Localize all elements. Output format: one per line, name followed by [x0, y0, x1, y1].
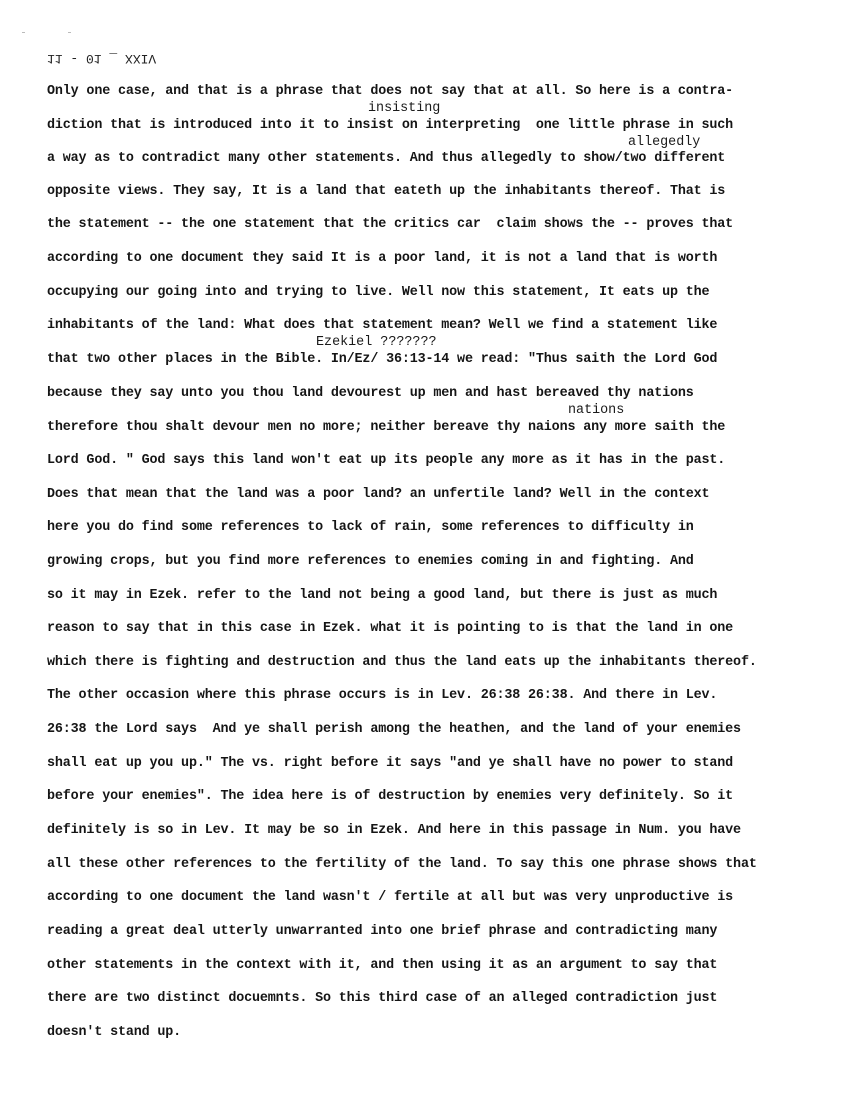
text-line: definitely is so in Lev. It may be so in…: [47, 823, 741, 839]
text-line: opposite views. They say, It is a land t…: [47, 184, 725, 200]
text-line: therefore thou shalt devour men no more;…: [47, 420, 725, 436]
text-line: a way as to contradict many other statem…: [47, 151, 725, 167]
text-line: inhabitants of the land: What does that …: [47, 318, 717, 334]
interlinear-insertion: nations: [568, 403, 624, 419]
interlinear-insertion: insisting: [368, 101, 440, 117]
text-line: there are two distinct docuemnts. So thi…: [47, 991, 717, 1007]
text-line: reason to say that in this case in Ezek.…: [47, 621, 733, 637]
text-line: occupying our going into and trying to l…: [47, 285, 709, 301]
text-line: that two other places in the Bible. In/E…: [47, 352, 717, 368]
text-line: all these other references to the fertil…: [47, 857, 757, 873]
text-line: which there is fighting and destruction …: [47, 655, 757, 671]
text-line: because they say unto you thou land devo…: [47, 386, 694, 402]
text-line: The other occasion where this phrase occ…: [47, 688, 717, 704]
interlinear-insertion: Ezekiel ???????: [316, 335, 437, 351]
scan-speck: [68, 32, 71, 33]
text-line: reading a great deal utterly unwarranted…: [47, 924, 717, 940]
text-line: Does that mean that the land was a poor …: [47, 487, 709, 503]
text-line: Only one case, and that is a phrase that…: [47, 84, 733, 100]
text-line: according to one document the land wasn'…: [47, 890, 733, 906]
text-line: growing crops, but you find more referen…: [47, 554, 694, 570]
text-line: the statement -- the one statement that …: [47, 217, 733, 233]
text-line: doesn't stand up.: [47, 1025, 181, 1041]
text-line: so it may in Ezek. refer to the land not…: [47, 588, 717, 604]
scan-speck: [22, 32, 25, 33]
interlinear-insertion: allegedly: [628, 135, 700, 151]
text-line: according to one document they said It i…: [47, 251, 717, 267]
text-line: 26:38 the Lord says And ye shall perish …: [47, 722, 741, 738]
document-page: 11 - 01 _ XXIV Only one case, and that i…: [0, 0, 842, 1096]
text-line: Lord God. " God says this land won't eat…: [47, 453, 725, 469]
text-line: before your enemies". The idea here is o…: [47, 789, 733, 805]
text-line: shall eat up you up." The vs. right befo…: [47, 756, 733, 772]
page-header-mirrored: 11 - 01 _ XXIV: [47, 51, 156, 66]
text-line: diction that is introduced into it to in…: [47, 118, 733, 134]
text-line: here you do find some references to lack…: [47, 520, 694, 536]
text-line: other statements in the context with it,…: [47, 958, 717, 974]
